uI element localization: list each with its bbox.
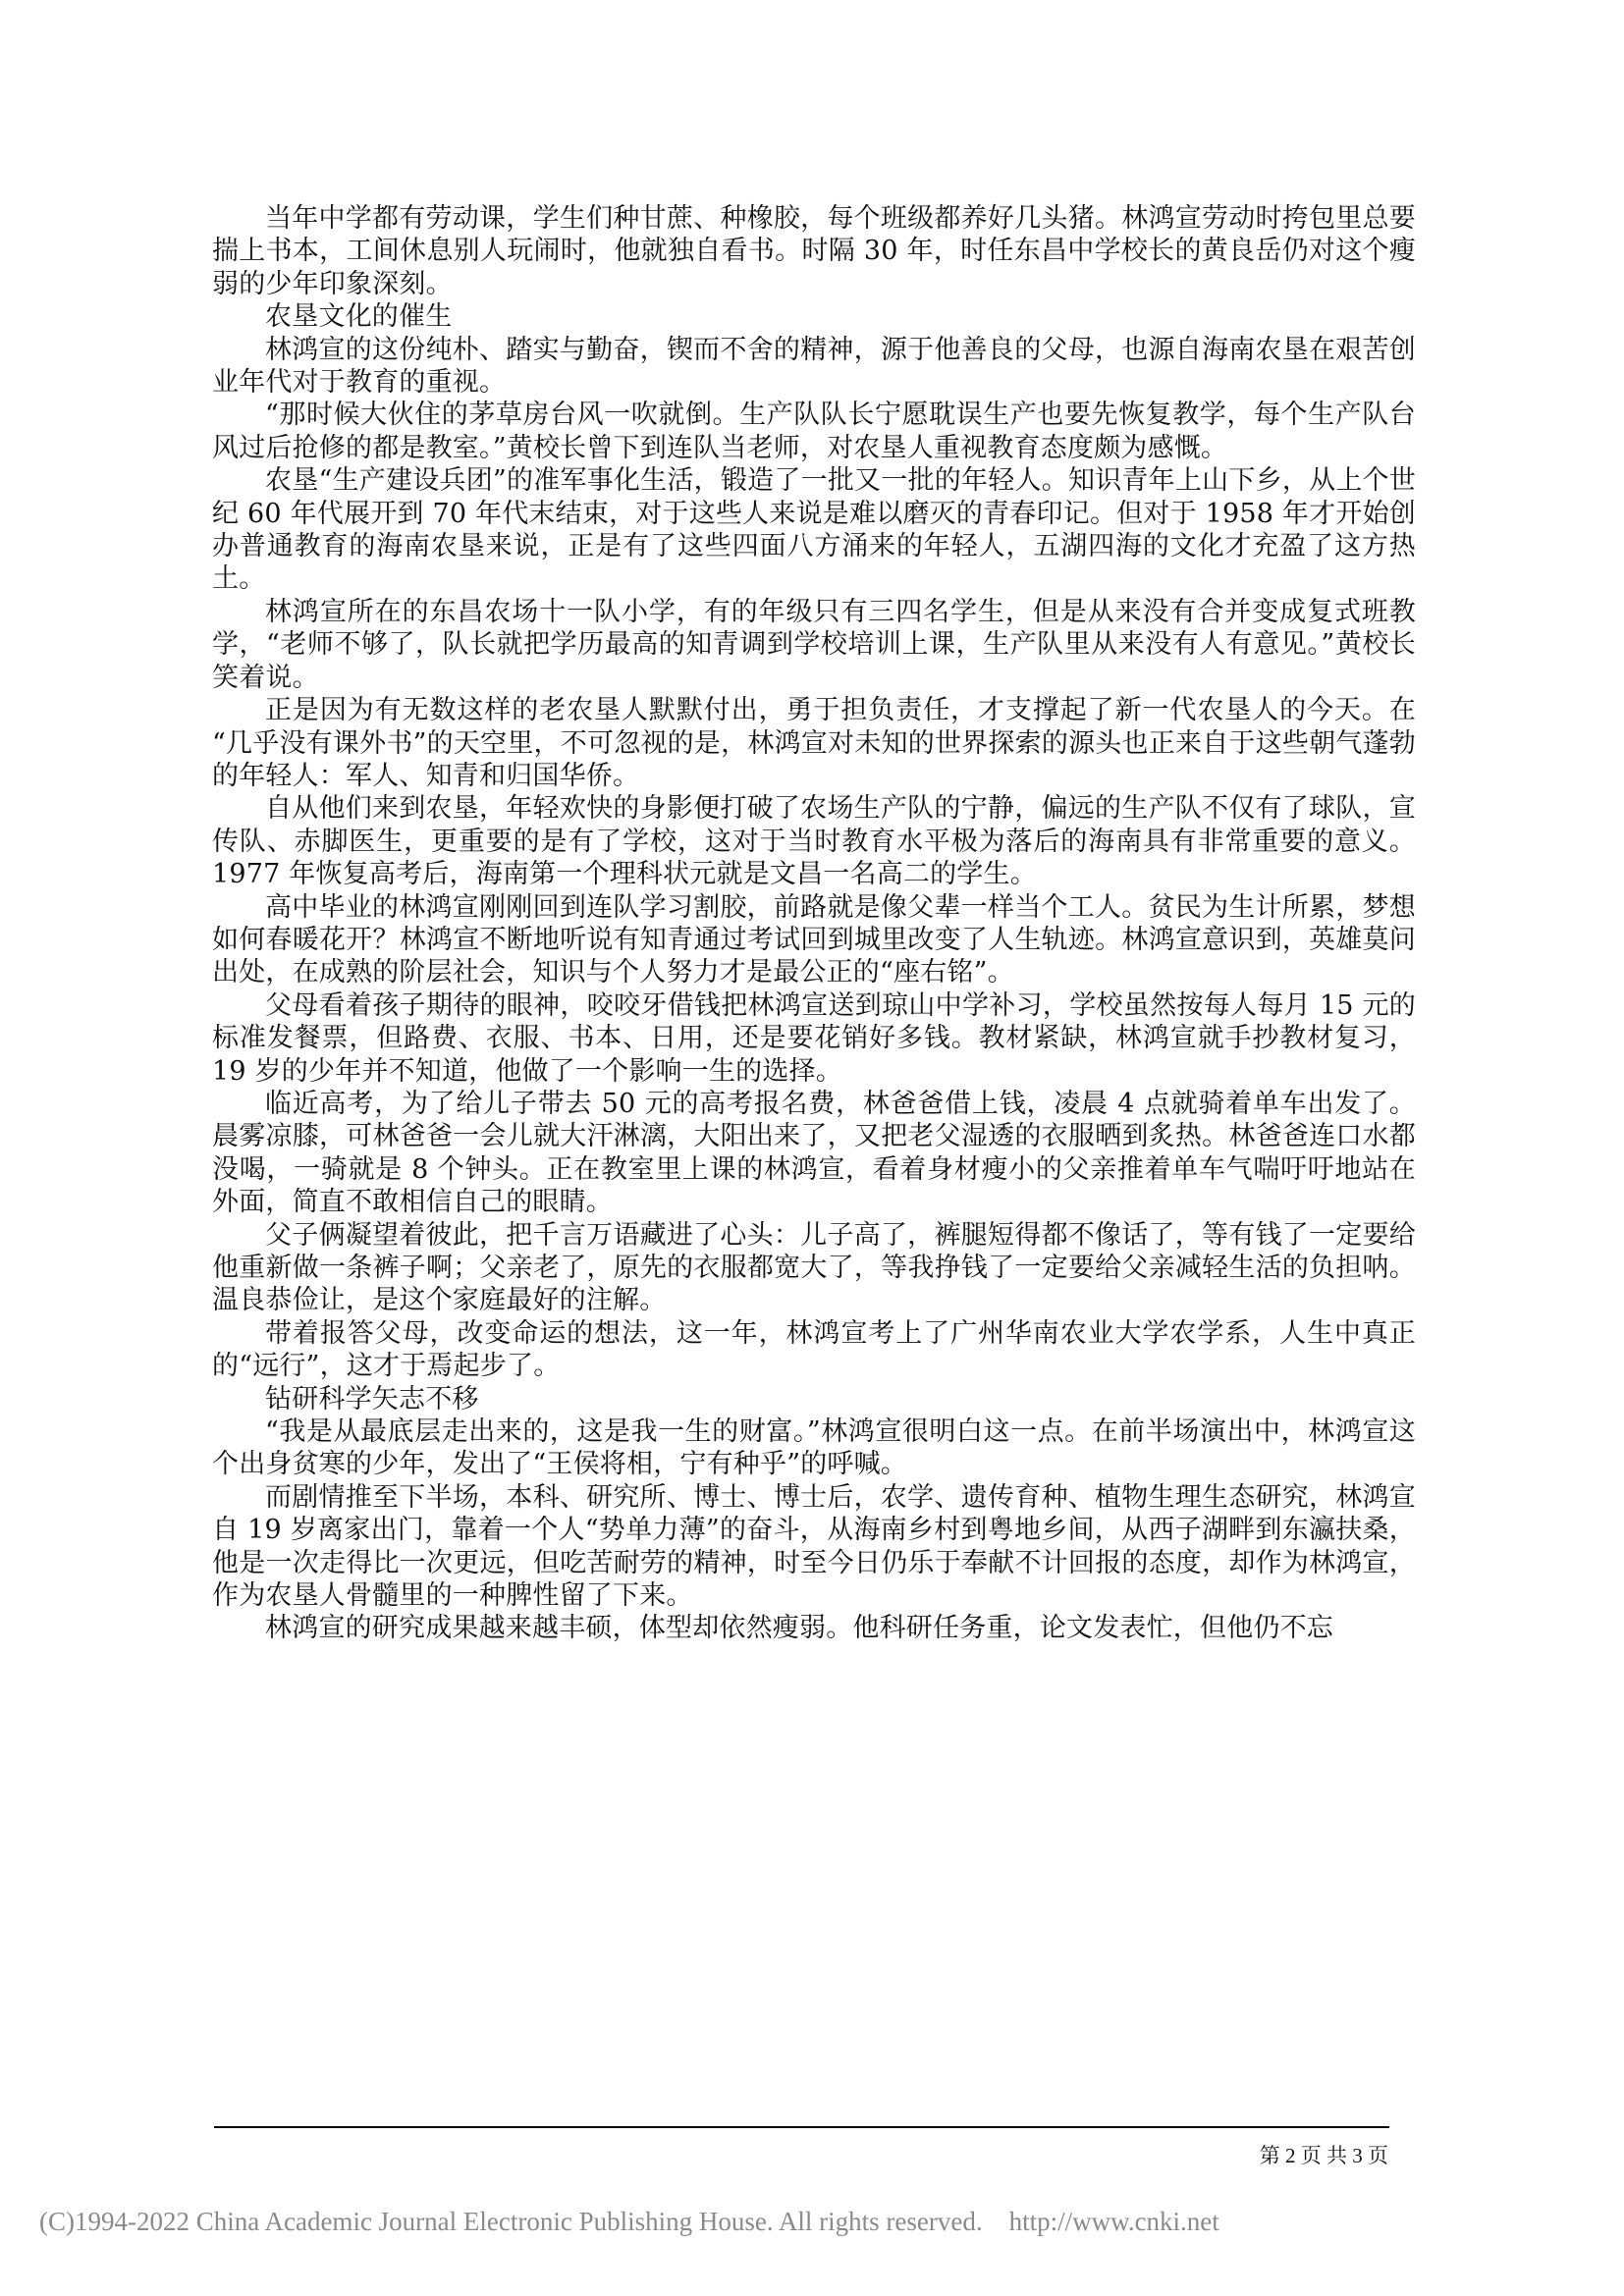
- paragraph: 临近高考，为了给儿子带去 50 元的高考报名费，林爸爸借上钱，凌晨 4 点就骑着…: [212, 1088, 1416, 1219]
- paragraph: 林鸿宣的研究成果越来越丰硕，体型却依然瘦弱。他科研任务重，论文发表忙，但他仍不忘: [212, 1612, 1416, 1644]
- paragraph: 带着报答父母，改变命运的想法，这一年，林鸿宣考上了广州华南农业大学农学系，人生中…: [212, 1317, 1416, 1383]
- article-body: 当年中学都有劳动课，学生们种甘蔗、种橡胶，每个班级都养好几头猪。林鸿宣劳动时挎包…: [212, 202, 1416, 1645]
- section-heading: 钻研科学矢志不移: [212, 1383, 1416, 1415]
- paragraph: 当年中学都有劳动课，学生们种甘蔗、种橡胶，每个班级都养好几头猪。林鸿宣劳动时挎包…: [212, 202, 1416, 300]
- paragraph: 高中毕业的林鸿宣刚刚回到连队学习割胶，前路就是像父辈一样当个工人。贫民为生计所累…: [212, 891, 1416, 989]
- paragraph: 林鸿宣的这份纯朴、踏实与勤奋，锲而不舍的精神，源于他善良的父母，也源自海南农垦在…: [212, 334, 1416, 400]
- paragraph: 林鸿宣所在的东昌农场十一队小学，有的年级只有三四名学生，但是从来没有合并变成复式…: [212, 596, 1416, 694]
- paragraph: “我是从最底层走出来的，这是我一生的财富。”林鸿宣很明白这一点。在前半场演出中，…: [212, 1415, 1416, 1481]
- section-heading: 农垦文化的催生: [212, 300, 1416, 333]
- paragraph: 农垦“生产建设兵团”的准军事化生活，锻造了一批又一批的年轻人。知识青年上山下乡，…: [212, 464, 1416, 596]
- paragraph: 正是因为有无数这样的老农垦人默默付出，勇于担负责任，才支撑起了新一代农垦人的今天…: [212, 694, 1416, 792]
- footer-divider: [214, 2126, 1389, 2128]
- paragraph: 父母看着孩子期待的眼神，咬咬牙借钱把林鸿宣送到琼山中学补习，学校虽然按每人每月 …: [212, 989, 1416, 1088]
- page-number: 第 2 页 共 3 页: [1260, 2140, 1388, 2169]
- paragraph: “那时候大伙住的茅草房台风一吹就倒。生产队队长宁愿耽误生产也要先恢复教学，每个生…: [212, 399, 1416, 464]
- copyright-notice: (C)1994-2022 China Academic Journal Elec…: [39, 2207, 1219, 2237]
- paragraph: 父子俩凝望着彼此，把千言万语藏进了心头：儿子高了，裤腿短得都不像话了，等有钱了一…: [212, 1219, 1416, 1317]
- paragraph: 而剧情推至下半场，本科、研究所、博士、博士后，农学、遗传育种、植物生理生态研究，…: [212, 1481, 1416, 1613]
- paragraph: 自从他们来到农垦，年轻欢快的身影便打破了农场生产队的宁静，偏远的生产队不仅有了球…: [212, 792, 1416, 890]
